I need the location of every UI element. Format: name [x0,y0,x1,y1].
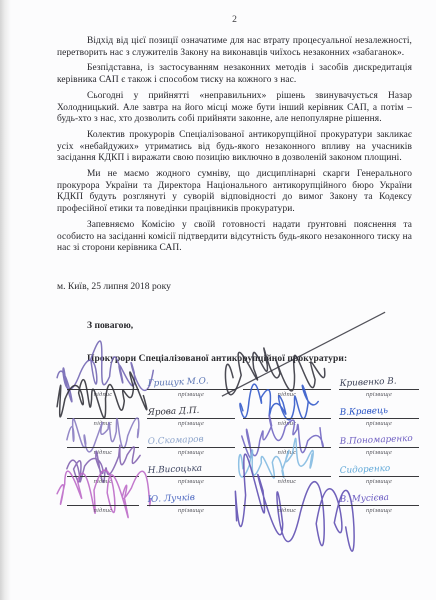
signature-label: прізвище [337,391,421,398]
surname-text: Н.Висоцька [148,464,203,476]
signature-cell: підпис [65,457,141,486]
signature-label: прізвище [337,507,421,514]
surname-text: Ю. Лучків [148,493,196,505]
signature-cell: підпис [241,486,333,515]
surname-text: Грищук М.О. [148,376,209,389]
document-page: 2 Відхід від цієї позиції означатиме для… [0,0,436,600]
signature-line [147,505,235,506]
signature-label: прізвище [145,449,237,456]
signature-cell: підпис [65,428,141,457]
scan-edge [0,0,11,600]
signature-cell: підпис [65,370,141,399]
surname-text: Ярова Д.П. [148,406,200,418]
surname-text: В.Пономаренко [340,434,413,447]
signature-label: підпис [65,391,141,398]
paragraph: Безпідставна, із застосуванням незаконни… [57,63,412,86]
signature-cell: Грищук М.О.прізвище [145,370,237,399]
signature-label: підпис [65,449,141,456]
paragraph: Сьогодні у прийнятті «неправильних» ріше… [57,91,412,126]
signature-line [67,476,139,477]
signature-line [67,505,139,506]
paragraph: Запевняємо Комісію у своїй готовності на… [57,220,412,255]
signature-cell: В.Кравецьпрізвище [337,399,421,428]
signature-cell: підпис [65,399,141,428]
closing-line: З повагою, [87,320,412,331]
signature-label: підпис [65,507,141,514]
signature-label: підпис [65,420,141,427]
signature-grid: підписГрищук М.О.прізвищепідписКривенко … [65,370,417,515]
signature-line [67,447,139,448]
signature-line [339,476,419,477]
signature-label: прізвище [337,478,421,485]
signature-line [243,418,331,419]
signature-cell: В. Мусієвапрізвище [337,486,421,515]
signature-cell: О.Скомаровпрізвище [145,428,237,457]
signature-line [243,476,331,477]
signature-line [67,389,139,390]
signature-line [339,505,419,506]
signature-line [147,418,235,419]
signature-line [147,389,235,390]
signature-line [243,389,331,390]
signature-line [339,389,419,390]
signature-label: підпис [241,478,333,485]
signature-cell: підпис [241,370,333,399]
signature-label: прізвище [337,420,421,427]
place-date: м. Київ, 25 липня 2018 року [57,281,412,292]
signature-line [147,476,235,477]
signature-cell: підпис [65,486,141,515]
signature-label: прізвище [145,420,237,427]
signature-label: підпис [241,507,333,514]
surname-text: Кривенко В. [340,376,397,388]
signature-label: прізвище [337,449,421,456]
paragraph: Відхід від цієї позиції означатиме для н… [57,36,412,59]
signature-label: підпис [241,391,333,398]
paragraphs: Відхід від цієї позиції означатиме для н… [57,36,412,255]
signature-line [339,447,419,448]
signature-label: підпис [65,478,141,485]
paragraph: Ми не маємо жодного сумніву, що дисциплі… [57,169,412,216]
signature-cell: В.Пономаренкопрізвище [337,428,421,457]
signature-cell: підпис [241,399,333,428]
page-number: 2 [57,14,412,25]
signature-cell: підпис [241,457,333,486]
signature-cell: Н.Висоцькапрізвище [145,457,237,486]
document-content: 2 Відхід від цієї позиції означатиме для… [57,14,412,515]
surname-text: В.Кравець [340,406,389,418]
signature-cell: Ярова Д.П.прізвище [145,399,237,428]
signature-cell: Кривенко В.прізвище [337,370,421,399]
signature-cell: Сидоренкопрізвище [337,457,421,486]
surname-text: О.Скомаров [148,435,204,447]
signature-cell: підпис [241,428,333,457]
signature-label: підпис [241,449,333,456]
signature-line [147,447,235,448]
signature-label: прізвище [145,391,237,398]
signature-label: підпис [241,420,333,427]
surname-text: Сидоренко [340,464,391,476]
signers-heading: Прокурори Спеціалізованої антикорупційно… [87,354,412,364]
signature-cell: Ю. Лучківпрізвище [145,486,237,515]
paragraph: Колектив прокурорів Спеціалізованої анти… [57,130,412,165]
signature-line [243,447,331,448]
signature-label: прізвище [145,507,237,514]
signature-line [243,505,331,506]
signature-line [339,418,419,419]
signature-line [67,418,139,419]
signature-label: прізвище [145,478,237,485]
surname-text: В. Мусієва [340,493,390,505]
